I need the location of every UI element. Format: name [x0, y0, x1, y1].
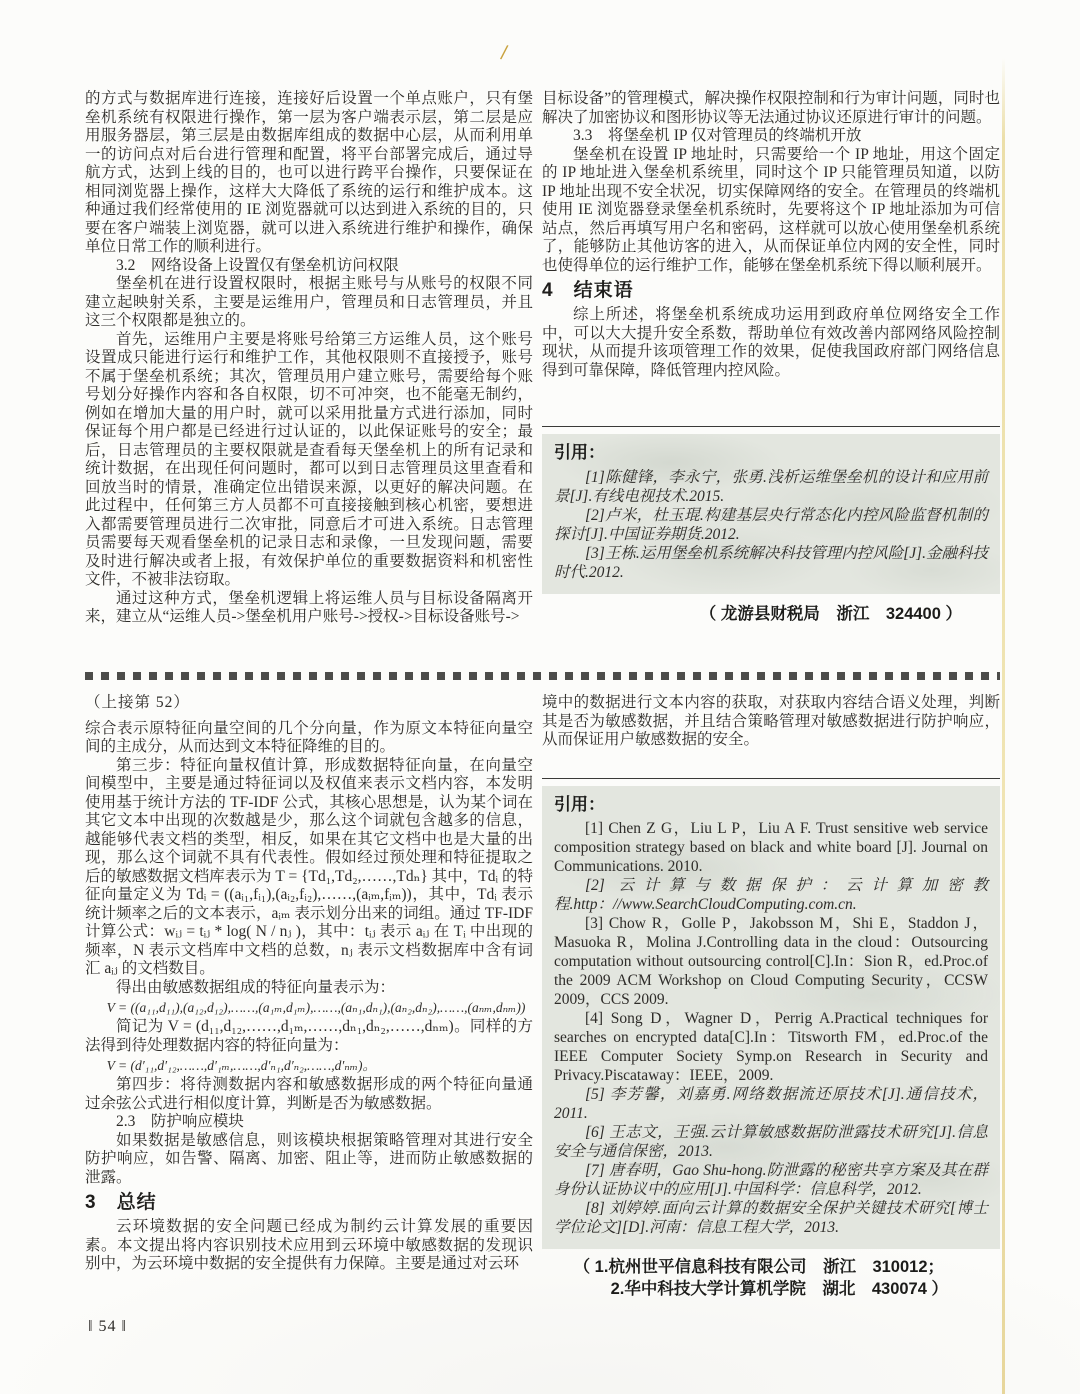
paragraph: 境中的数据进行文本内容的获取，对获取内容结合语义处理，判断其是否为敏感数据，并且…: [542, 694, 1000, 750]
reference-item: [1]陈健锋，李永宁，张勇.浅析运维堡垒机的设计和应用前景[J].有线电视技术.…: [554, 468, 988, 506]
article-bottom-left-column: （上接第 52） 综合表示原特征向量空间的几个分向量，作为原文本特征向量空间的主…: [85, 694, 533, 1274]
reference-item: [3] Chow R，Golle P，Jakobsson M，Shi E，Sta…: [554, 914, 988, 1009]
article-bottom-right-column: 境中的数据进行文本内容的获取，对获取内容结合语义处理，判断其是否为敏感数据，并且…: [542, 694, 1000, 1298]
subsection-heading-2-3: 2.3 防护响应模块: [85, 1113, 533, 1132]
reference-item: [8] 刘婷婷.面向云计算的数据安全保护关键技术研究[博士学位论文][D].河南…: [554, 1199, 988, 1237]
citation-rule: [542, 778, 1000, 779]
reference-item: [1] Chen Z G，Liu L P，Liu A F. Trust sens…: [554, 819, 988, 876]
paragraph: 目标设备”的管理模式，解决操作权限控制和行为审计问题，同时也解决了加密协议和图形…: [542, 90, 1000, 127]
author-affiliation-2: 2.华中科技大学计算机学院 湖北 430074 ）: [542, 1280, 1000, 1299]
paragraph: 首先，运维用户主要是将账号给第三方运维人员，这个账号设置成只能进行运行和维护工作…: [85, 331, 533, 590]
continued-from-note: （上接第 52）: [85, 694, 533, 713]
citation-label: 引用：: [554, 796, 988, 815]
citation-rule: [542, 426, 1000, 427]
paragraph: 云环境数据的安全问题已经成为制约云计算发展的重要因素。本文提出将内容识别技术应用…: [85, 1218, 533, 1274]
reference-item: [2]卢米，杜玉琨.构建基层央行常态化内控风险监督机制的探讨[J].中国证券期货…: [554, 506, 988, 544]
reference-item: [2] 云计算与数据保护：云计算加密教程.http：//www.SearchCl…: [554, 876, 988, 914]
paragraph: 堡垒机在进行设置权限时，根据主账号与从账号的权限不同建立起映射关系，主要是运维用…: [85, 275, 533, 331]
author-affiliation: （ 龙游县财税局 浙江 324400 ）: [542, 605, 1000, 624]
fold-mark: /: [499, 44, 508, 63]
article-top-left-column: 的方式与数据库进行连接，连接好后设置一个单点账户，只有堡垒机系统有权限进行操作，…: [85, 90, 533, 627]
paragraph: 如果数据是敏感信息，则该模块根据策略管理对其进行安全防护响应，如告警、隔离、加密…: [85, 1132, 533, 1188]
formula-simplified-vector: V = (d′₁₁,d′₁₂,……,d′₁ₘ,……,d′ₙ₁,d′ₙ₂,……,d…: [85, 1056, 533, 1075]
citation-box-1: 引用： [1]陈健锋，李永宁，张勇.浅析运维堡垒机的设计和应用前景[J].有线电…: [542, 434, 1000, 594]
paragraph: 通过这种方式，堡垒机逻辑上将运维人员与目标设备隔离开来，建立从“运维人员->堡垒…: [85, 590, 533, 627]
reference-item: [7] 唐春明，Gao Shu-hong.防泄露的秘密共享方案及其在群身份认证协…: [554, 1161, 988, 1199]
paragraph: 堡垒机在设置 IP 地址时，只需要给一个 IP 地址，用这个固定的 IP 地址进…: [542, 146, 1000, 276]
journal-page: / 的方式与数据库进行连接，连接好后设置一个单点账户，只有堡垒机系统有权限进行操…: [0, 0, 1080, 1394]
paragraph: 第三步：特征向量权值计算，形成数据特征向量，在向量空间模型中，主要是通过特征词以…: [85, 757, 533, 979]
reference-item: [5] 李芳馨，刘嘉勇.网络数据流还原技术[J].通信技术，2011.: [554, 1085, 988, 1123]
paragraph: 综上所述，将堡垒机系统成功运用到政府单位网络安全工作中，可以大大提升安全系数，帮…: [542, 306, 1000, 380]
reference-item: [4] Song D，Wagner D，Perrig A.Practical t…: [554, 1009, 988, 1085]
section-heading-3-summary: 3 总结: [85, 1191, 533, 1215]
dashed-section-divider: [85, 672, 1000, 680]
page-fold-line: [1002, 58, 1005, 1394]
author-affiliation-1: （ 1.杭州世平信息科技有限公司 浙江 310012；: [542, 1258, 1000, 1277]
page-number: ‖ 54 ‖: [88, 1318, 127, 1337]
paragraph: 第四步：将待测数据内容和敏感数据形成的两个特征向量通过余弦公式进行相似度计算，判…: [85, 1076, 533, 1113]
paragraph: 综合表示原特征向量空间的几个分向量，作为原文本特征向量空间的主成分，从而达到文本…: [85, 720, 533, 757]
subsection-heading-3-3: 3.3 将堡垒机 IP 仅对管理员的终端机开放: [542, 127, 1000, 146]
formula-feature-vector: V = ((a₁₁,d₁₁),(a₁₂,d₁₂),……,(a₁ₘ,d₁ₘ),………: [85, 998, 533, 1017]
reference-item: [6] 王志文，王强.云计算敏感数据防泄露技术研究[J].信息安全与通信保密，2…: [554, 1123, 988, 1161]
paragraph: 简记为 V = (d₁₁,d₁₂,……,d₁ₘ,……,dₙ₁,dₙ₂,……,dₙ…: [85, 1018, 533, 1055]
citation-box-2: 引用： [1] Chen Z G，Liu L P，Liu A F. Trust …: [542, 786, 1000, 1250]
subsection-heading-3-2: 3.2 网络设备上设置仅有堡垒机访问权限: [85, 257, 533, 276]
paragraph: 的方式与数据库进行连接，连接好后设置一个单点账户，只有堡垒机系统有权限进行操作，…: [85, 90, 533, 257]
section-heading-4-conclusion: 4 结束语: [542, 279, 1000, 303]
article-top-right-column: 目标设备”的管理模式，解决操作权限控制和行为审计问题，同时也解决了加密协议和图形…: [542, 90, 1000, 623]
citation-label: 引用：: [554, 444, 988, 463]
paragraph: 得出由敏感数据组成的特征向量表示为：: [85, 979, 533, 998]
reference-item: [3]王栋.运用堡垒机系统解决科技管理内控风险[J].金融科技时代.2012.: [554, 544, 988, 582]
